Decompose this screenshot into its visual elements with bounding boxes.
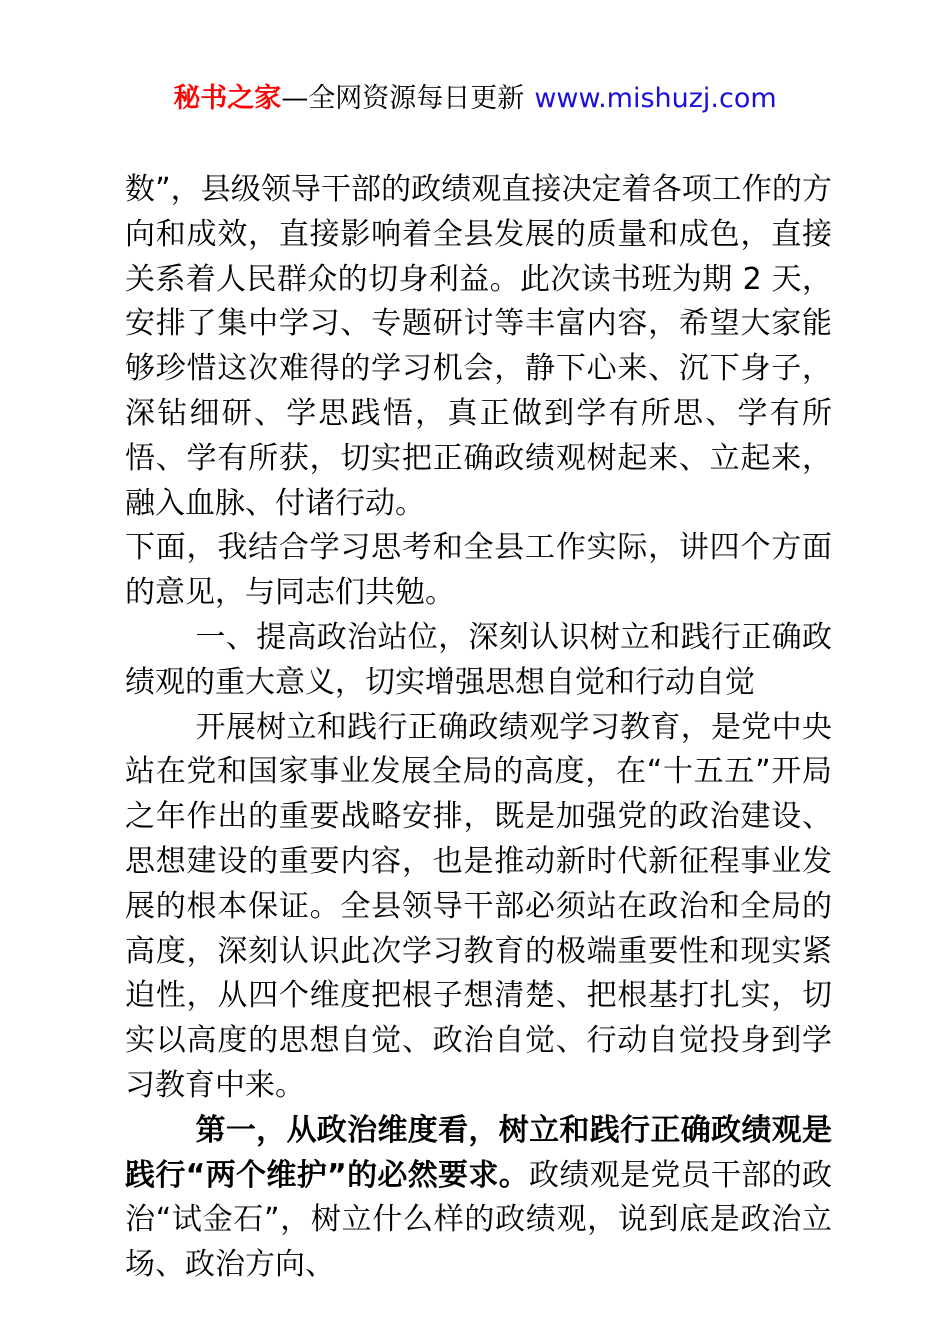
paragraph-first-point: 第一，从政治维度看，树立和践行正确政绩观是践行“两个维护”的必然要求。政绩观是党…: [125, 1109, 832, 1288]
paragraph-continuation: 数”，县级领导干部的政绩观直接决定着各项工作的方向和成效，直接影响着全县发展的质…: [125, 168, 832, 526]
header-dash: —: [281, 83, 308, 114]
section-heading-one: 一、提高政治站位，深刻认识树立和践行正确政绩观的重大意义，切实增强思想自觉和行动…: [125, 616, 832, 706]
page-header: 秘书之家—全网资源每日更新www.mishuzj.com: [0, 0, 950, 116]
header-tagline: 全网资源每日更新: [308, 83, 524, 114]
site-name: 秘书之家: [173, 83, 281, 114]
paragraph-transition: 下面，我结合学习思考和全县工作实际，讲四个方面的意见，与同志们共勉。: [125, 526, 832, 616]
site-url-link[interactable]: www.mishuzj.com: [534, 83, 776, 114]
paragraph-section-intro: 开展树立和践行正确政绩观学习教育，是党中央站在党和国家事业发展全局的高度，在“十…: [125, 706, 832, 1109]
document-page: 秘书之家—全网资源每日更新www.mishuzj.com 数”，县级领导干部的政…: [0, 0, 950, 1344]
document-body: 数”，县级领导干部的政绩观直接决定着各项工作的方向和成效，直接影响着全县发展的质…: [0, 168, 950, 1288]
